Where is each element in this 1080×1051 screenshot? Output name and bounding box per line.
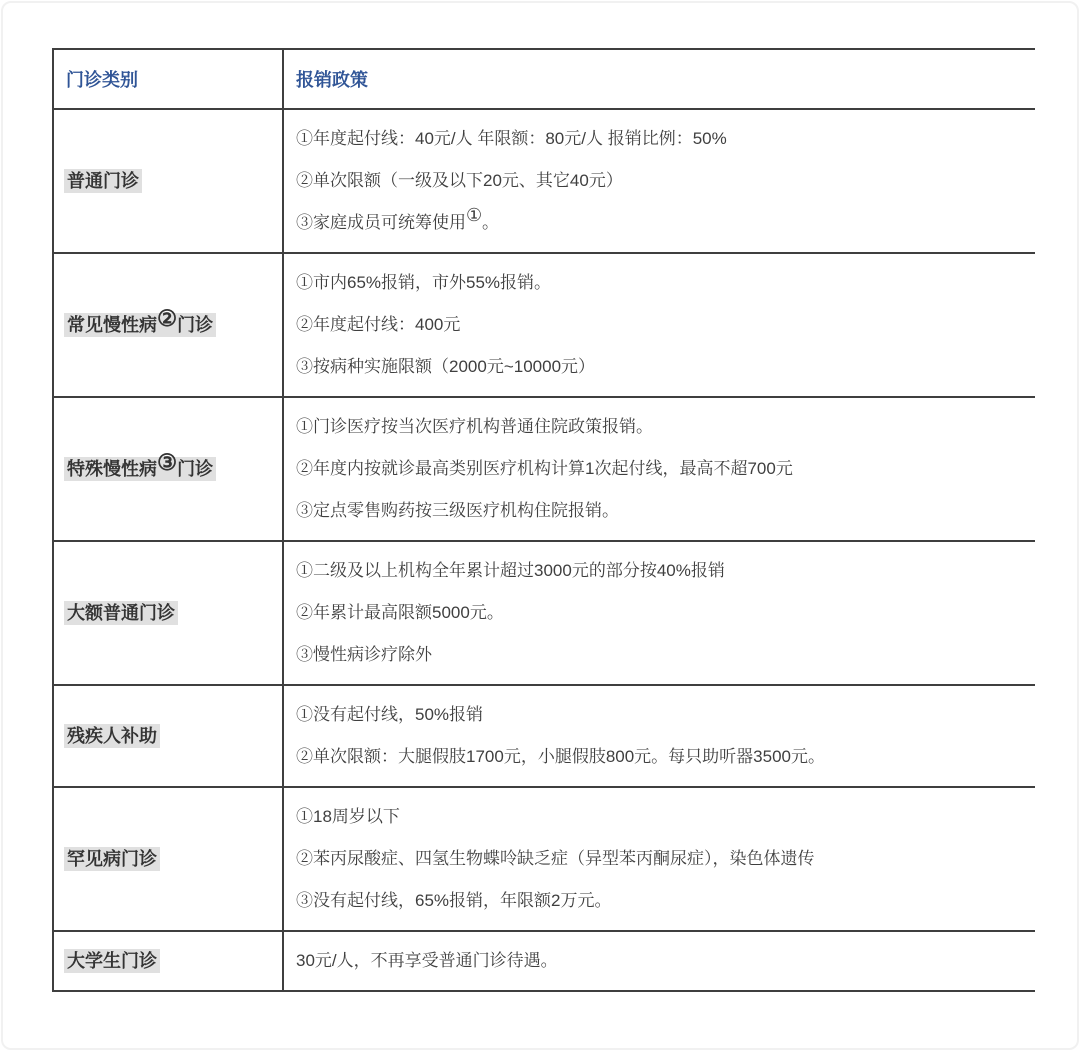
policy-line: ②单次限额（一级及以下20元、其它40元） (296, 160, 1023, 202)
policy-table: 门诊类别 报销政策 普通门诊①年度起付线：40元/人 年限额：80元/人 报销比… (52, 48, 1035, 992)
category-cell: 大学生门诊 (53, 931, 283, 991)
category-cell: 残疾人补助 (53, 685, 283, 787)
table-row: 罕见病门诊①18周岁以下②苯丙尿酸症、四氢生物蝶呤缺乏症（异型苯丙酮尿症），染色… (53, 787, 1035, 931)
table-row: 特殊慢性病③门诊①门诊医疗按当次医疗机构普通住院政策报销。②年度内按就诊最高类别… (53, 397, 1035, 541)
policy-line: ①18周岁以下 (296, 796, 1023, 838)
category-label: 大额普通门诊 (64, 601, 178, 625)
category-label: 残疾人补助 (64, 724, 160, 748)
page: 门诊类别 报销政策 普通门诊①年度起付线：40元/人 年限额：80元/人 报销比… (0, 0, 1080, 1051)
policy-cell: ①18周岁以下②苯丙尿酸症、四氢生物蝶呤缺乏症（异型苯丙酮尿症），染色体遗传③没… (283, 787, 1035, 931)
category-label: 普通门诊 (64, 169, 142, 193)
policy-line: ②年度内按就诊最高类别医疗机构计算1次起付线，最高不超700元 (296, 448, 1023, 490)
category-label: 特殊慢性病③门诊 (64, 457, 216, 481)
table-row: 大额普通门诊①二级及以上机构全年累计超过3000元的部分按40%报销②年累计最高… (53, 541, 1035, 685)
category-label: 常见慢性病②门诊 (64, 313, 216, 337)
policy-line: ③慢性病诊疗除外 (296, 634, 1023, 676)
table-row: 大学生门诊30元/人，不再享受普通门诊待遇。 (53, 931, 1035, 991)
policy-line: ③没有起付线，65%报销，年限额2万元。 (296, 880, 1023, 922)
policy-cell: ①没有起付线，50%报销②单次限额：大腿假肢1700元，小腿假肢800元。每只助… (283, 685, 1035, 787)
category-cell: 罕见病门诊 (53, 787, 283, 931)
table-body: 普通门诊①年度起付线：40元/人 年限额：80元/人 报销比例：50%②单次限额… (53, 109, 1035, 991)
policy-line: ②年度起付线：400元 (296, 304, 1023, 346)
policy-cell: ①二级及以上机构全年累计超过3000元的部分按40%报销②年累计最高限额5000… (283, 541, 1035, 685)
column-header-category: 门诊类别 (53, 49, 283, 109)
policy-line: ①二级及以上机构全年累计超过3000元的部分按40%报销 (296, 550, 1023, 592)
header-row: 门诊类别 报销政策 (53, 49, 1035, 109)
policy-cell: 30元/人，不再享受普通门诊待遇。 (283, 931, 1035, 991)
category-label: 罕见病门诊 (64, 847, 160, 871)
superscript-circled-number: ② (157, 306, 177, 331)
policy-line: ①门诊医疗按当次医疗机构普通住院政策报销。 (296, 406, 1023, 448)
policy-line: ③定点零售购药按三级医疗机构住院报销。 (296, 490, 1023, 532)
table-row: 普通门诊①年度起付线：40元/人 年限额：80元/人 报销比例：50%②单次限额… (53, 109, 1035, 253)
policy-cell: ①门诊医疗按当次医疗机构普通住院政策报销。②年度内按就诊最高类别医疗机构计算1次… (283, 397, 1035, 541)
policy-line: ②单次限额：大腿假肢1700元，小腿假肢800元。每只助听器3500元。 (296, 736, 1023, 778)
category-cell: 常见慢性病②门诊 (53, 253, 283, 397)
table-row: 常见慢性病②门诊①市内65%报销，市外55%报销。②年度起付线：400元③按病种… (53, 253, 1035, 397)
superscript-circled-number: ① (466, 205, 482, 225)
policy-cell: ①市内65%报销，市外55%报销。②年度起付线：400元③按病种实施限额（200… (283, 253, 1035, 397)
category-label: 大学生门诊 (64, 949, 160, 973)
policy-line: ③家庭成员可统筹使用①。 (296, 202, 1023, 244)
superscript-circled-number: ③ (157, 450, 177, 475)
table-row: 残疾人补助①没有起付线，50%报销②单次限额：大腿假肢1700元，小腿假肢800… (53, 685, 1035, 787)
policy-line: ②苯丙尿酸症、四氢生物蝶呤缺乏症（异型苯丙酮尿症），染色体遗传 (296, 838, 1023, 880)
category-cell: 大额普通门诊 (53, 541, 283, 685)
policy-line: 30元/人，不再享受普通门诊待遇。 (296, 940, 1023, 982)
policy-line: ①没有起付线，50%报销 (296, 694, 1023, 736)
policy-line: ①年度起付线：40元/人 年限额：80元/人 报销比例：50% (296, 118, 1023, 160)
category-cell: 普通门诊 (53, 109, 283, 253)
policy-line: ①市内65%报销，市外55%报销。 (296, 262, 1023, 304)
column-header-policy: 报销政策 (283, 49, 1035, 109)
policy-cell: ①年度起付线：40元/人 年限额：80元/人 报销比例：50%②单次限额（一级及… (283, 109, 1035, 253)
policy-line: ③按病种实施限额（2000元~10000元） (296, 346, 1023, 388)
policy-line: ②年累计最高限额5000元。 (296, 592, 1023, 634)
category-cell: 特殊慢性病③门诊 (53, 397, 283, 541)
